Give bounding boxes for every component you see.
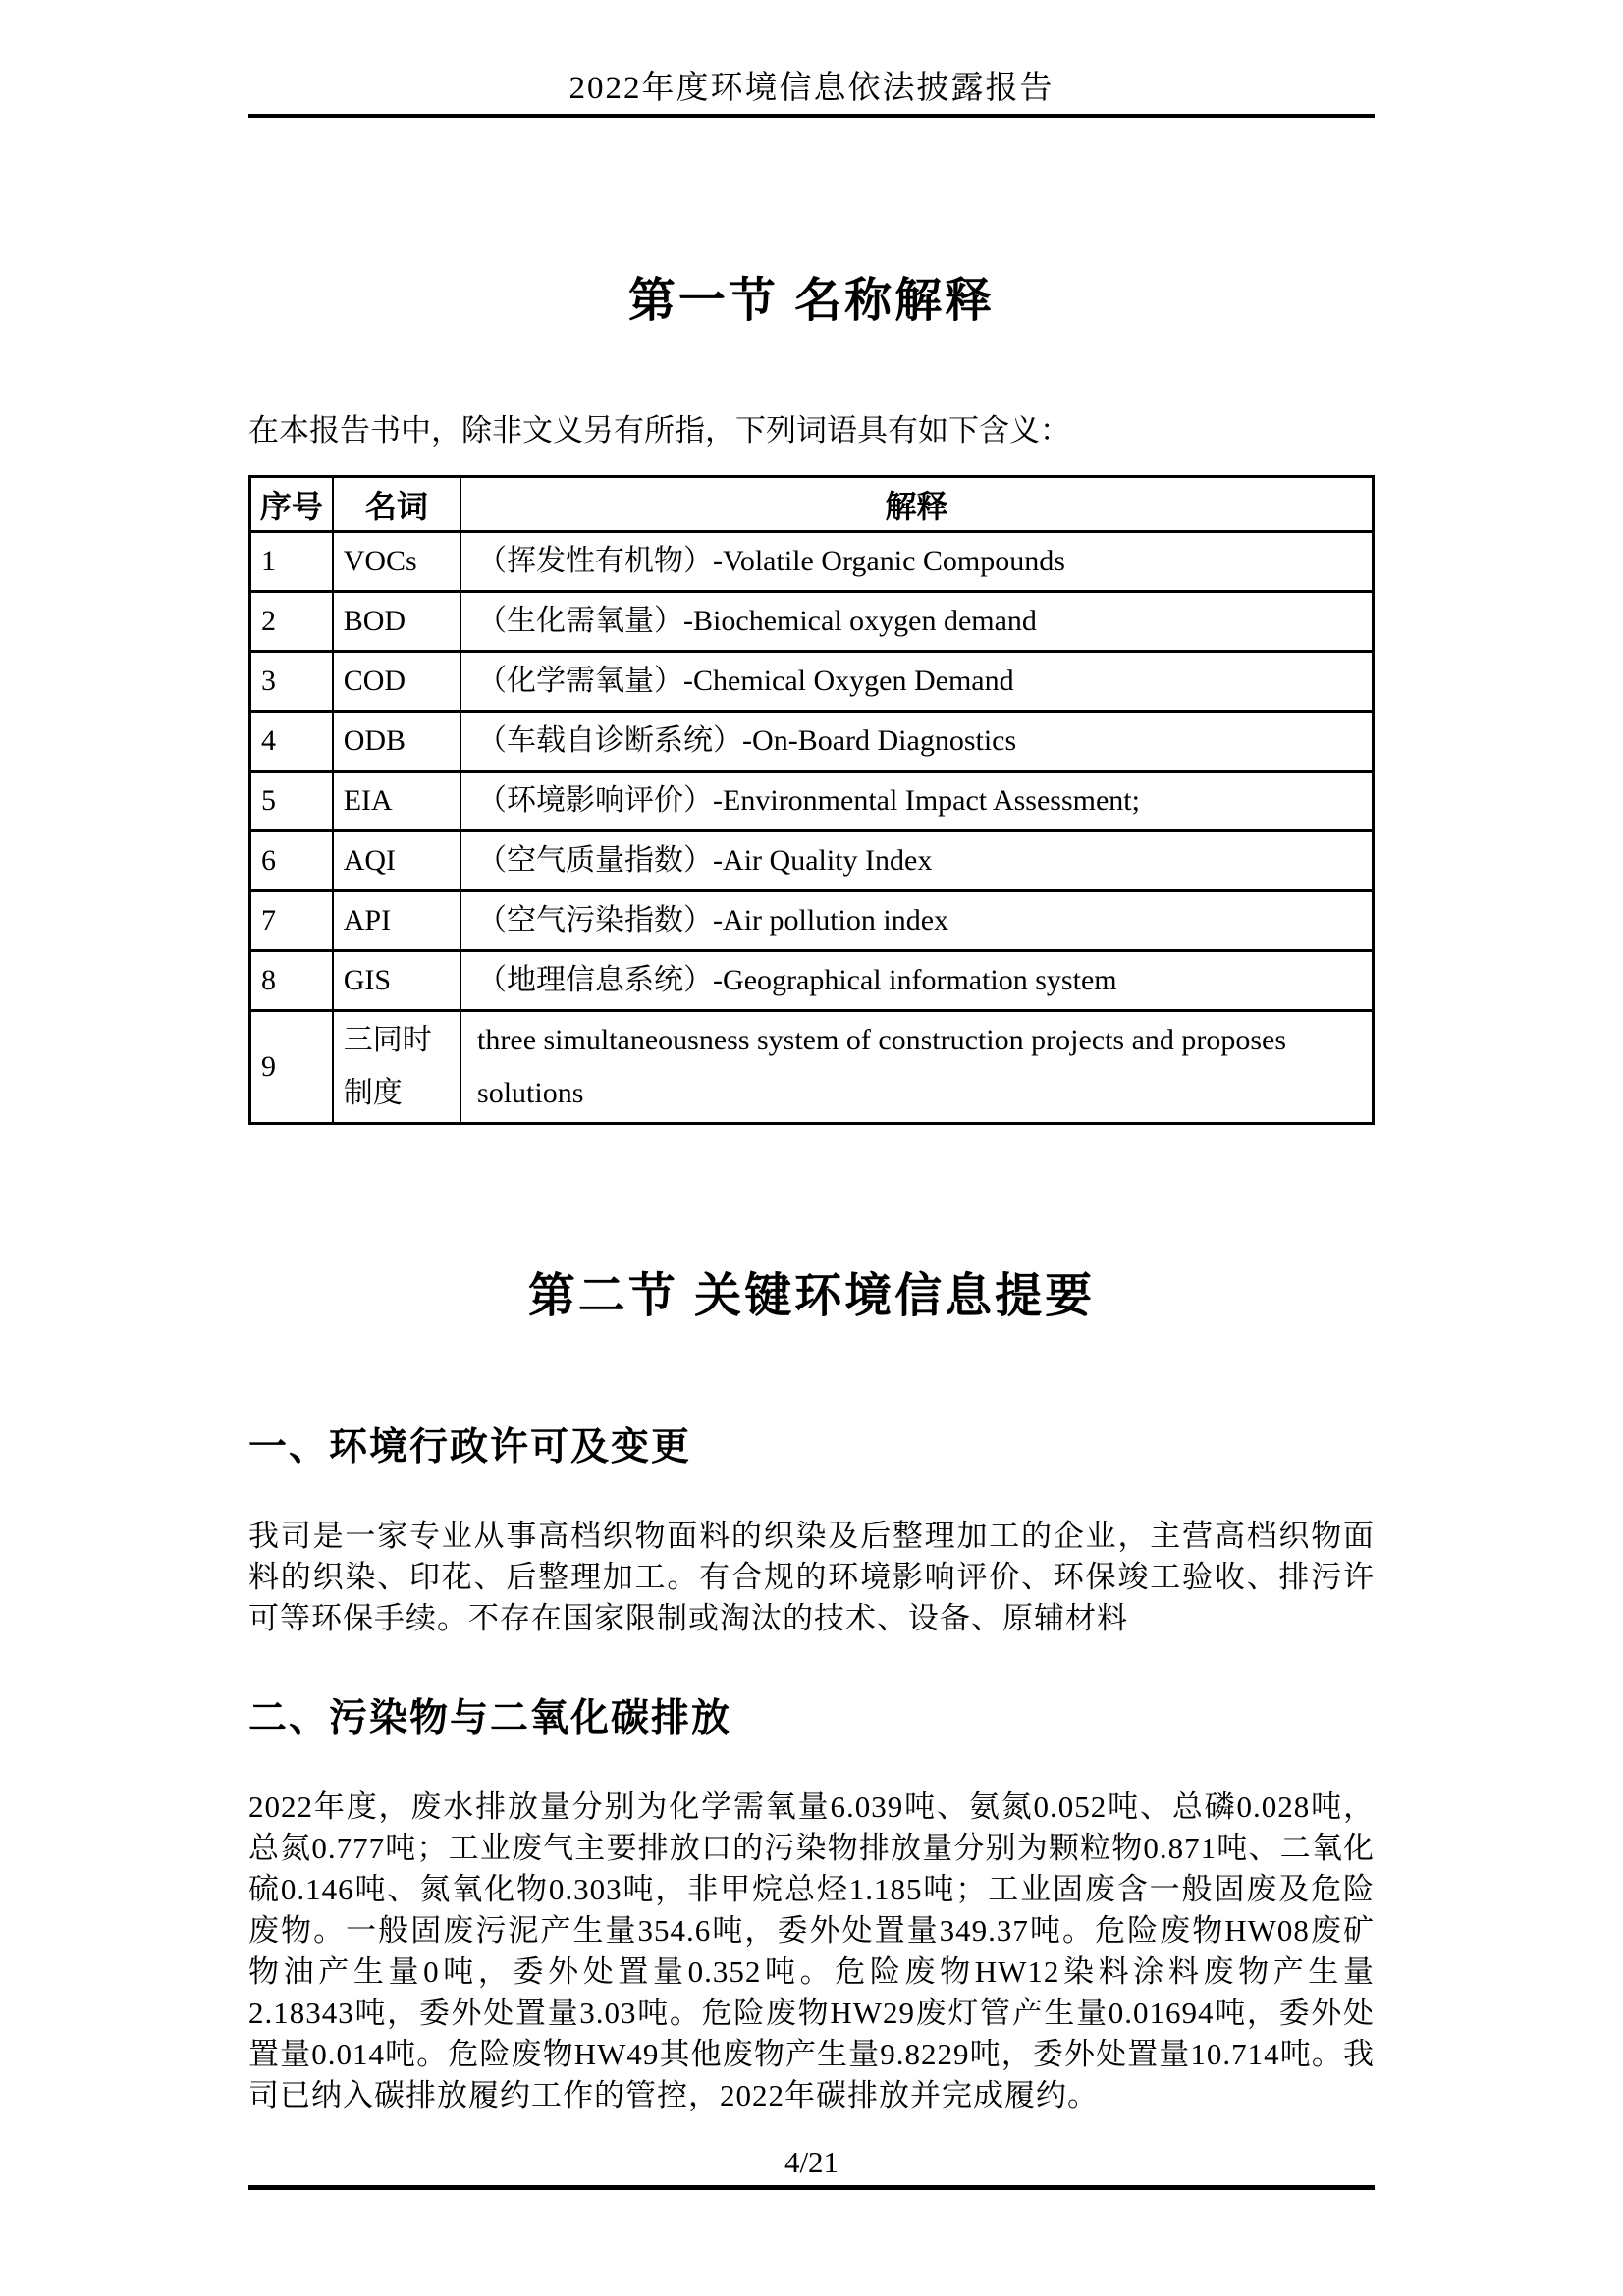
col-header-index: 序号 xyxy=(250,477,333,532)
cell-index: 2 xyxy=(250,592,333,652)
cell-term: GIS xyxy=(333,951,460,1011)
cell-index: 3 xyxy=(250,652,333,712)
table-row: 6 AQI （空气质量指数）-Air Quality Index xyxy=(250,831,1374,891)
cell-term: API xyxy=(333,891,460,951)
table-row: 4 ODB （车载自诊断系统）-On-Board Diagnostics xyxy=(250,712,1374,772)
header-rule xyxy=(248,114,1375,118)
cell-index: 6 xyxy=(250,831,333,891)
intro-text: 在本报告书中，除非文义另有所指，下列词语具有如下含义： xyxy=(248,410,1375,452)
cell-index: 9 xyxy=(250,1011,333,1124)
table-row: 2 BOD （生化需氧量）-Biochemical oxygen demand xyxy=(250,592,1374,652)
table-row: 3 COD （化学需氧量）-Chemical Oxygen Demand xyxy=(250,652,1374,712)
table-row: 1 VOCs （挥发性有机物）-Volatile Organic Compoun… xyxy=(250,532,1374,592)
cell-explanation: （化学需氧量）-Chemical Oxygen Demand xyxy=(460,652,1373,712)
cell-index: 4 xyxy=(250,712,333,772)
cell-index: 1 xyxy=(250,532,333,592)
document-page: 2022年度环境信息依法披露报告 第一节 名称解释 在本报告书中，除非文义另有所… xyxy=(0,0,1623,2296)
running-header: 2022年度环境信息依法披露报告 xyxy=(248,0,1375,108)
table-row: 8 GIS （地理信息系统）-Geographical information … xyxy=(250,951,1374,1011)
subsection-heading-permits: 一、环境行政许可及变更 xyxy=(248,1423,1375,1472)
paragraph-emissions: 2022年度，废水排放量分别为化学需氧量6.039吨、氨氮0.052吨、总磷0.… xyxy=(248,1787,1375,2116)
cell-explanation: （生化需氧量）-Biochemical oxygen demand xyxy=(460,592,1373,652)
table-header-row: 序号 名词 解释 xyxy=(250,477,1374,532)
table-row: 7 API （空气污染指数）-Air pollution index xyxy=(250,891,1374,951)
page-footer: 4/21 xyxy=(248,2144,1375,2190)
cell-explanation: （挥发性有机物）-Volatile Organic Compounds xyxy=(460,532,1373,592)
cell-explanation: （车载自诊断系统）-On-Board Diagnostics xyxy=(460,712,1373,772)
cell-term: ODB xyxy=(333,712,460,772)
cell-index: 5 xyxy=(250,772,333,831)
subsection-heading-emissions: 二、污染物与二氧化碳排放 xyxy=(248,1694,1375,1743)
cell-term: 三同时制度 xyxy=(333,1011,460,1124)
col-header-explanation: 解释 xyxy=(460,477,1373,532)
cell-index: 7 xyxy=(250,891,333,951)
footer-rule xyxy=(248,2185,1375,2190)
page-content: 2022年度环境信息依法披露报告 第一节 名称解释 在本报告书中，除非文义另有所… xyxy=(248,0,1375,2116)
cell-term: BOD xyxy=(333,592,460,652)
cell-explanation: （空气质量指数）-Air Quality Index xyxy=(460,831,1373,891)
section2-title: 第二节 关键环境信息提要 xyxy=(248,1268,1375,1325)
table-row: 5 EIA （环境影响评价）-Environmental Impact Asse… xyxy=(250,772,1374,831)
cell-explanation: （空气污染指数）-Air pollution index xyxy=(460,891,1373,951)
page-number: 4/21 xyxy=(248,2144,1375,2181)
table-row: 9 三同时制度 three simultaneousness system of… xyxy=(250,1011,1374,1124)
cell-index: 8 xyxy=(250,951,333,1011)
definitions-table: 序号 名词 解释 1 VOCs （挥发性有机物）-Volatile Organi… xyxy=(248,475,1375,1125)
cell-explanation: （地理信息系统）-Geographical information system xyxy=(460,951,1373,1011)
section1-title: 第一节 名称解释 xyxy=(248,273,1375,330)
cell-term: AQI xyxy=(333,831,460,891)
cell-term: VOCs xyxy=(333,532,460,592)
col-header-term: 名词 xyxy=(333,477,460,532)
cell-explanation: （环境影响评价）-Environmental Impact Assessment… xyxy=(460,772,1373,831)
cell-explanation: three simultaneousness system of constru… xyxy=(460,1011,1373,1124)
cell-term: COD xyxy=(333,652,460,712)
paragraph-permits: 我司是一家专业从事高档织物面料的织染及后整理加工的企业，主营高档织物面料的织染、… xyxy=(248,1516,1375,1639)
cell-term: EIA xyxy=(333,772,460,831)
